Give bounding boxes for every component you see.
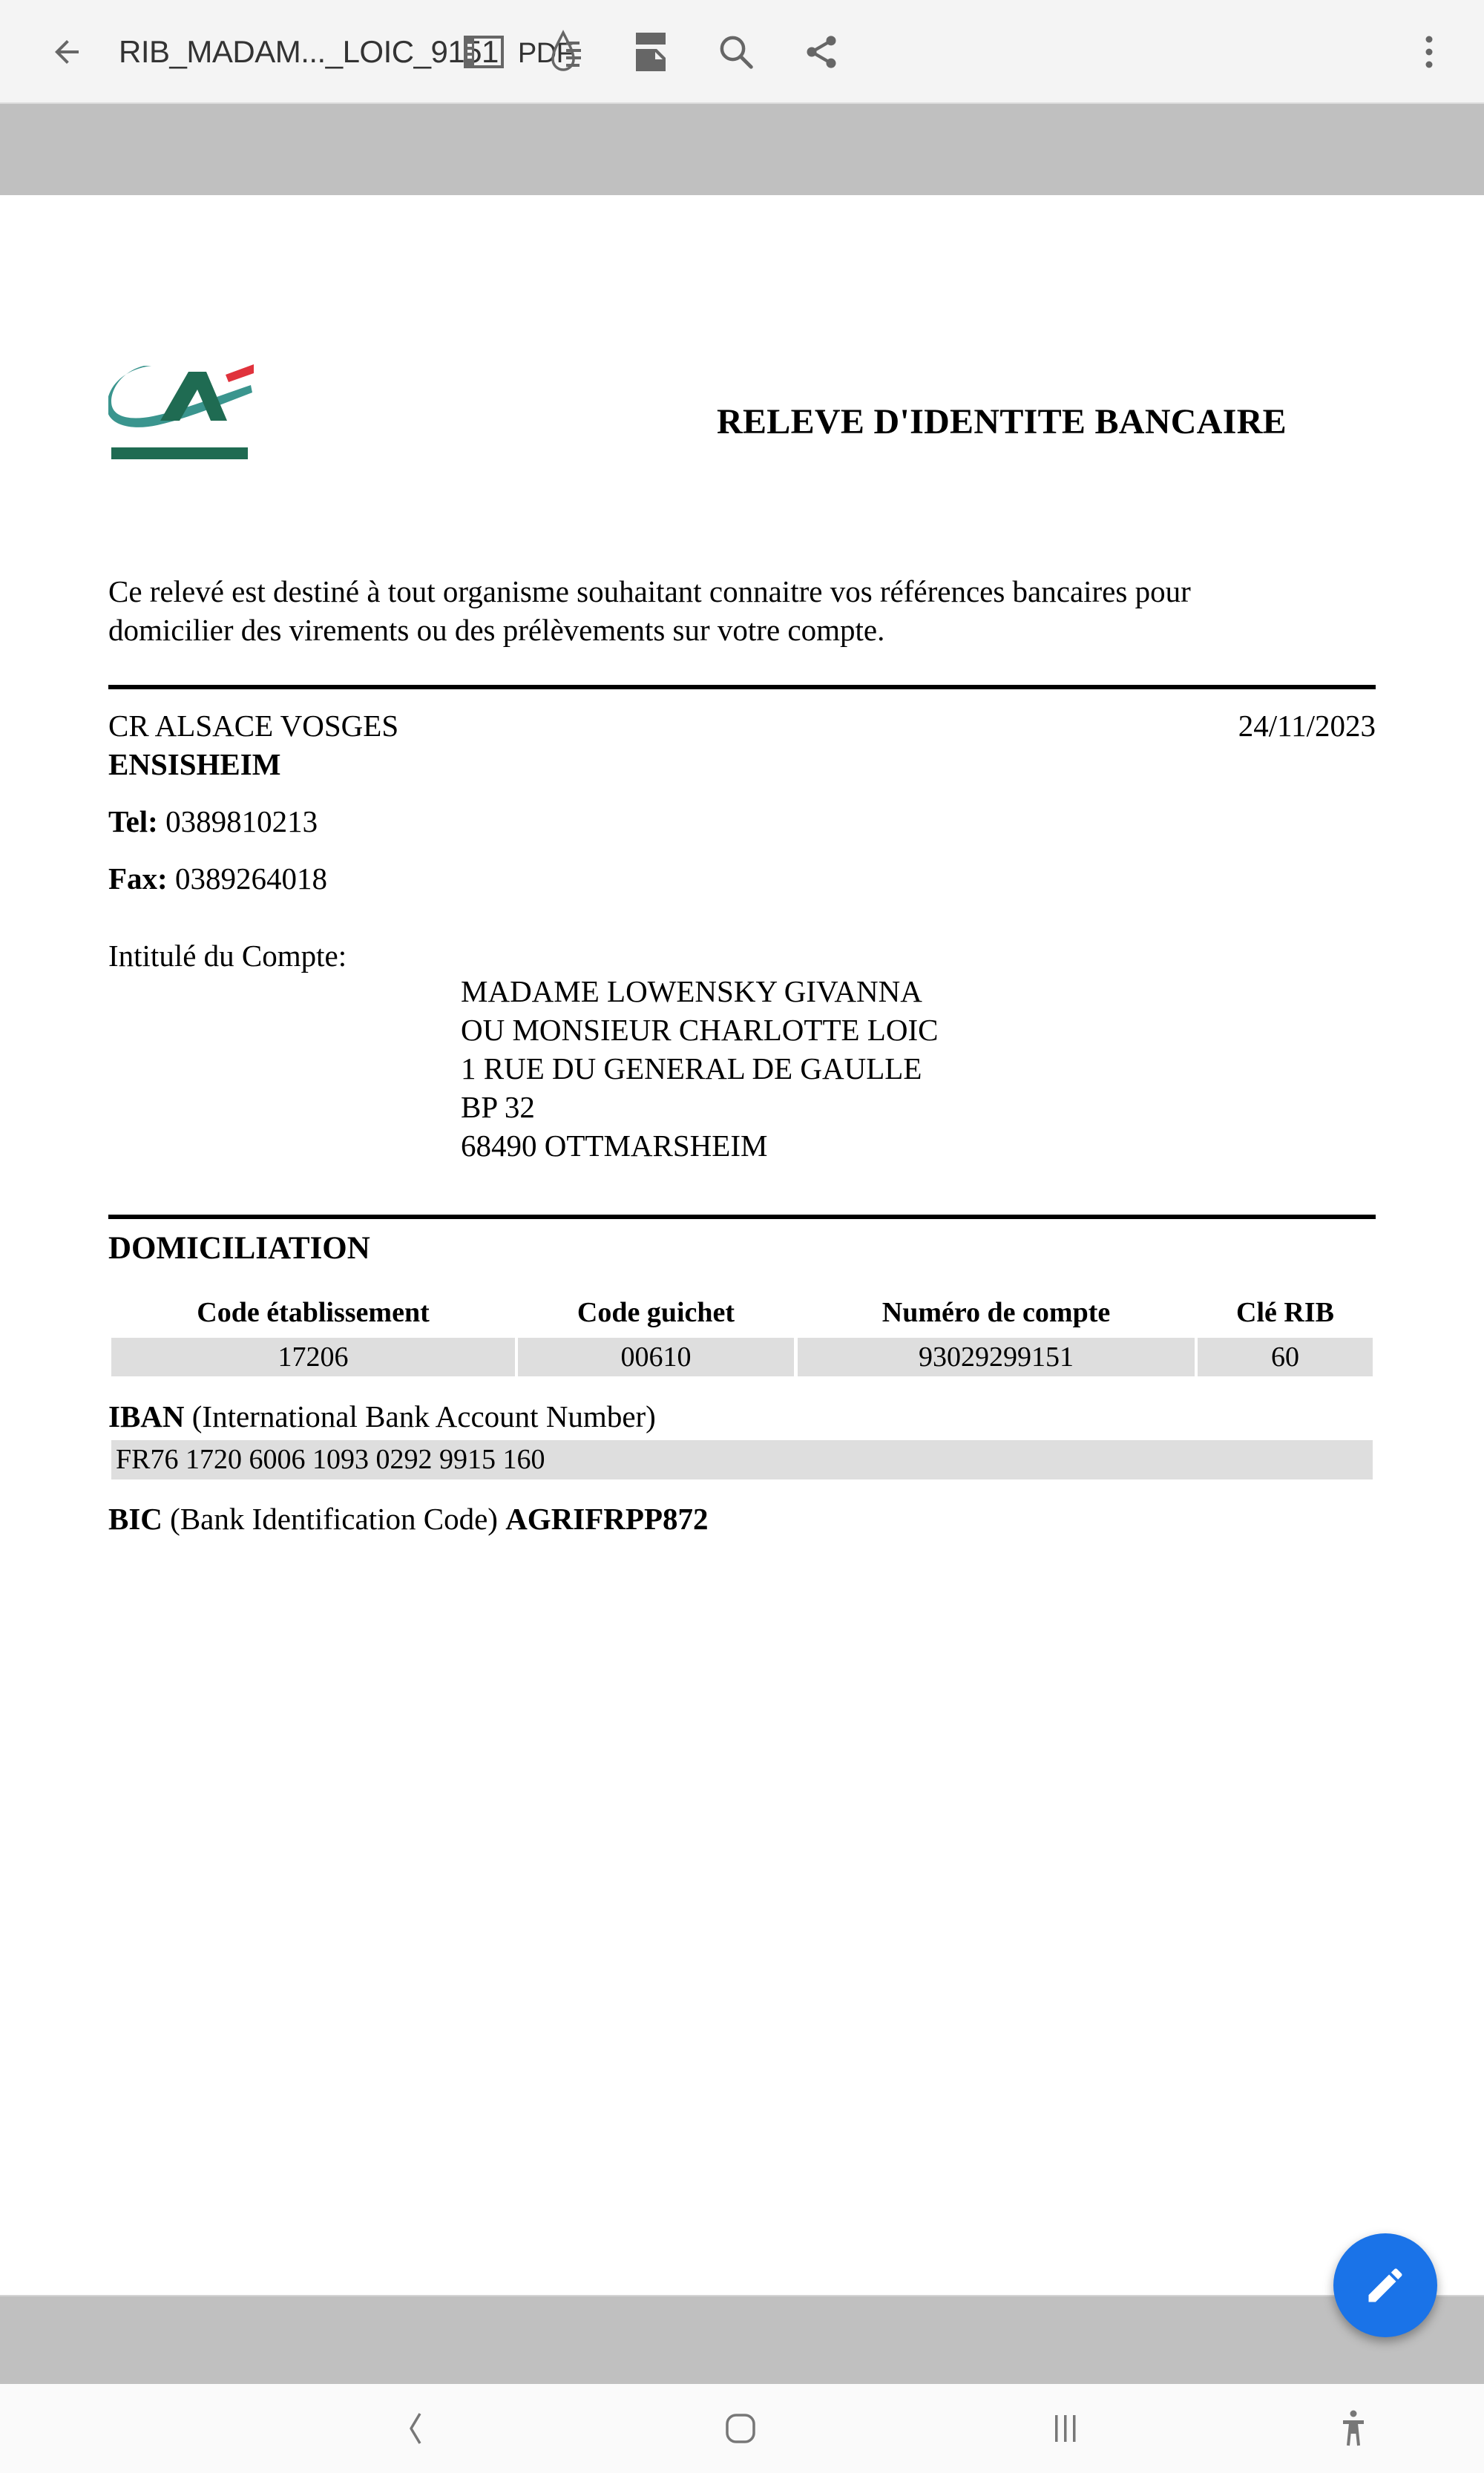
nav-back-button[interactable] <box>386 2406 445 2451</box>
address-line: BP 32 <box>461 1088 938 1126</box>
back-button[interactable] <box>45 30 89 74</box>
iban-title: IBAN <box>108 1399 185 1433</box>
accessibility-icon <box>1339 2410 1368 2447</box>
viewer-background-top <box>0 104 1484 195</box>
address-line: MADAME LOWENSKY GIVANNA <box>461 972 938 1011</box>
domiciliation-title: DOMICILIATION <box>108 1230 370 1267</box>
share-button[interactable] <box>798 28 845 76</box>
address-line: 68490 OTTMARSHEIM <box>461 1126 938 1165</box>
system-navigation-bar <box>0 2384 1484 2473</box>
divider <box>108 1215 1376 1219</box>
intro-paragraph: Ce relevé est destiné à tout organisme s… <box>108 572 1370 649</box>
tel-label: Tel: <box>108 804 158 838</box>
divider <box>108 685 1376 689</box>
branch-code-value: 00610 <box>518 1338 794 1376</box>
address-line: 1 RUE DU GENERAL DE GAULLE <box>461 1049 938 1088</box>
nav-home-button[interactable] <box>711 2406 770 2451</box>
bic-line: BIC (Bank Identification Code) AGRIFRPP8… <box>108 1500 709 1538</box>
back-arrow-icon <box>49 34 85 70</box>
nav-back-icon <box>407 2412 424 2445</box>
fax-label: Fax: <box>108 861 168 896</box>
bic-description: (Bank Identification Code) <box>170 1502 498 1536</box>
column-header-branch-code: Code guichet <box>518 1293 794 1332</box>
account-number-value: 93029299151 <box>798 1338 1195 1376</box>
nav-home-icon <box>724 2412 757 2445</box>
accessibility-button[interactable] <box>1324 2406 1383 2451</box>
bic-title: BIC <box>108 1502 162 1536</box>
liquid-mode-button[interactable] <box>545 28 593 76</box>
intro-line-2: domicilier des virements ou des prélèvem… <box>108 611 1370 649</box>
nav-recents-icon <box>1051 2412 1080 2445</box>
app-toolbar: RIB_MADAM..._LOIC_9151PDF <box>0 0 1484 104</box>
account-holder-label: Intitulé du Compte: <box>108 937 347 974</box>
more-options-button[interactable] <box>1405 28 1453 76</box>
branch-region: CR ALSACE VOSGES <box>108 707 398 744</box>
liquid-mode-icon <box>547 30 591 74</box>
address-line: OU MONSIEUR CHARLOTTE LOIC <box>461 1011 938 1049</box>
branch-fax: Fax: 0389264018 <box>108 860 327 897</box>
account-holder-address: MADAME LOWENSKY GIVANNA OU MONSIEUR CHAR… <box>461 972 938 1165</box>
search-icon <box>716 32 756 72</box>
column-header-account-number: Numéro de compte <box>798 1293 1195 1332</box>
bank-code-value: 17206 <box>111 1338 515 1376</box>
column-header-rib-key: Clé RIB <box>1198 1293 1373 1332</box>
document-heading: RELEVE D'IDENTITE BANCAIRE <box>717 401 1287 442</box>
edit-fab-button[interactable] <box>1333 2233 1437 2337</box>
iban-value: FR76 1720 6006 1093 0292 9915 160 <box>111 1440 1373 1479</box>
pencil-edit-icon <box>1363 2263 1408 2308</box>
organize-pages-icon <box>634 31 667 73</box>
branch-agency: ENSISHEIM <box>108 746 280 783</box>
branch-tel: Tel: 0389810213 <box>108 803 318 840</box>
file-name: RIB_MADAM..._LOIC_9151 <box>119 34 499 69</box>
pdf-page: RELEVE D'IDENTITE BANCAIRE Ce relevé est… <box>0 195 1484 2295</box>
share-icon <box>802 33 841 71</box>
rib-key-value: 60 <box>1198 1338 1373 1376</box>
organize-pages-button[interactable] <box>627 28 674 76</box>
credit-agricole-logo <box>108 364 257 476</box>
fax-value: 0389264018 <box>175 861 327 896</box>
iban-label: IBAN (International Bank Account Number) <box>108 1397 656 1436</box>
viewer-background-bottom <box>0 2295 1484 2384</box>
search-button[interactable] <box>712 28 760 76</box>
nav-recents-button[interactable] <box>1036 2406 1095 2451</box>
sidebar-panel-button[interactable] <box>460 28 508 76</box>
tel-value: 0389810213 <box>165 804 318 838</box>
document-date: 24/11/2023 <box>1238 707 1376 744</box>
column-header-bank-code: Code établissement <box>111 1293 515 1332</box>
sidebar-panel-icon <box>464 35 504 69</box>
intro-line-1: Ce relevé est destiné à tout organisme s… <box>108 572 1370 611</box>
iban-description: (International Bank Account Number) <box>192 1399 656 1433</box>
bic-value: AGRIFRPP872 <box>505 1502 708 1536</box>
more-vert-icon <box>1422 33 1437 70</box>
